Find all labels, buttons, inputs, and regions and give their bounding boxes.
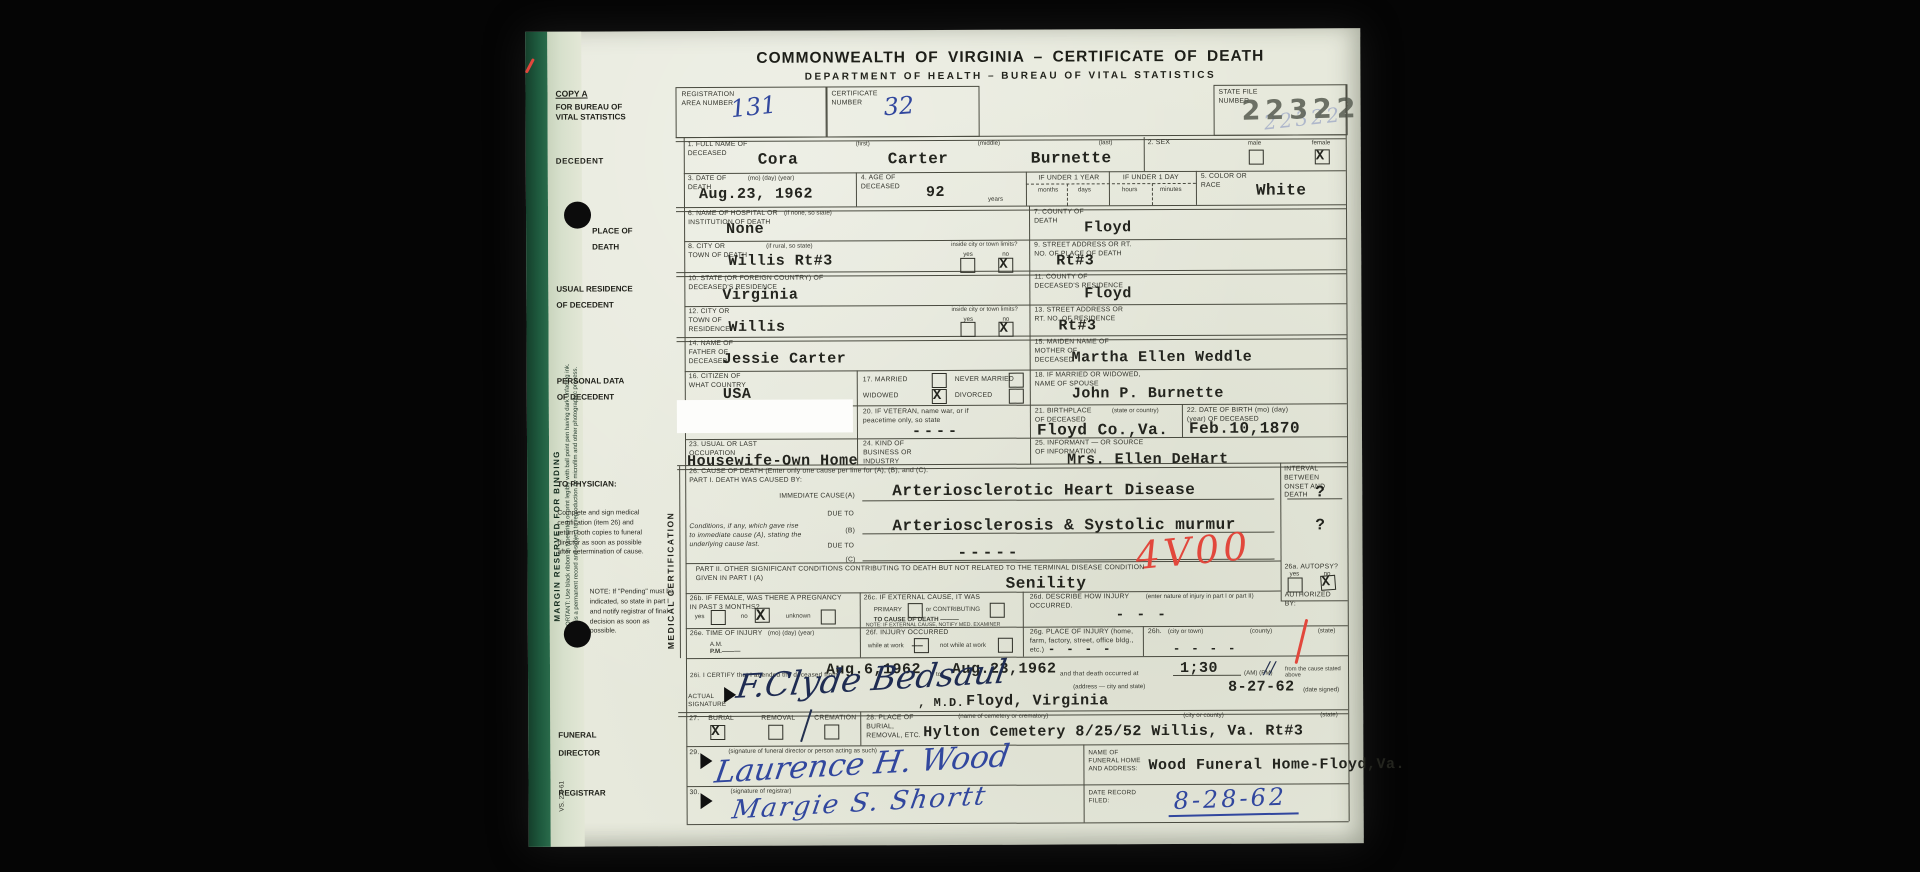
age-label: 4. AGE OF DECEASED	[861, 174, 911, 192]
removal-label: REMOVAL	[761, 715, 795, 724]
birthplace-value: Floyd Co.,Va.	[1037, 421, 1168, 440]
divorced-checkbox	[1009, 389, 1024, 404]
color-race-label: 5. COLOR OR RACE	[1201, 173, 1251, 191]
autopsy-yes-label: yes	[1290, 570, 1300, 577]
mark: X	[999, 321, 1007, 337]
under-year-months: months	[1038, 187, 1058, 194]
city-death-yes-checkbox	[960, 258, 975, 273]
copy-a-label: COPY A	[555, 89, 587, 99]
rule	[1143, 626, 1144, 656]
mark: ——	[912, 641, 923, 651]
sidebar-to-physician-body: Complete and sign medical certification …	[557, 508, 649, 558]
state-residence-value: Virginia	[722, 287, 798, 304]
rule	[686, 743, 1348, 747]
injury-notwhile-checkbox	[998, 638, 1013, 653]
color-race-value: White	[1256, 181, 1307, 199]
due-to-1-label: DUE TO	[827, 510, 854, 519]
middle-hint: (middle)	[978, 140, 1000, 147]
widowed-checkbox: X	[932, 389, 947, 404]
injury-time-hints: (mo) (day) (year)	[768, 630, 814, 637]
external-cause-label: 26c. IF EXTERNAL CAUSE, IT WAS	[864, 594, 1009, 603]
rule	[1196, 171, 1197, 205]
funeral-num: 29.	[689, 749, 699, 758]
age-value: 92	[926, 184, 945, 201]
signature-arrow-registrar	[701, 793, 713, 809]
cemetery-hint: (name of cemetery or crematory)	[958, 713, 1048, 720]
sidebar-note-body: NOTE: If "Pending" must be indicated, so…	[590, 587, 678, 637]
sex-female-checkbox: X	[1315, 149, 1330, 164]
sex-label: 2. SEX	[1148, 139, 1170, 148]
autopsy-no-checkbox: X	[1320, 575, 1336, 591]
injury-loc-value: - - - -	[1173, 642, 1237, 656]
registrar-num: 30.	[690, 789, 700, 798]
medical-certification-rule	[679, 466, 681, 658]
father-value: Jessie Carter	[723, 350, 847, 368]
city-residence-no-checkbox: X	[998, 322, 1013, 337]
injury-loc-city-hint: (city or town)	[1168, 628, 1203, 635]
sidebar-personal-data: PERSONAL DATA OF DECEDENT	[557, 373, 632, 405]
copy-for-label: FOR BUREAU OF	[556, 102, 623, 111]
external-primary-label: PRIMARY	[874, 606, 902, 613]
rule	[686, 655, 1348, 659]
mark: X	[711, 724, 719, 740]
last-name-value: Burnette	[1031, 149, 1112, 167]
hospital-hint: (if none, so state)	[784, 209, 832, 216]
rule	[1083, 744, 1084, 822]
informant-value: Mrs. Ellen DeHart	[1067, 451, 1229, 469]
place-burial-value: Hylton Cemetery 8/25/52 Willis, Va. Rt#3	[923, 722, 1303, 741]
certify-ampm-strike: //	[1264, 659, 1276, 679]
signature-arrow-funeral	[700, 753, 712, 769]
sex-male-label: male	[1248, 140, 1261, 147]
funeral-home-label: NAME OF FUNERAL HOME AND ADDRESS:	[1088, 749, 1146, 774]
certificate-number-label: CERTIFICATE NUMBER	[831, 90, 886, 108]
state-hint: (state)	[1320, 711, 1338, 718]
city-death-no-checkbox: X	[998, 258, 1013, 273]
rule	[1030, 336, 1032, 465]
funeral-home-value: Wood Funeral Home-Floyd,Va.	[1148, 756, 1405, 774]
rule	[1026, 172, 1027, 206]
date-filed-value: 8-28-62	[1173, 783, 1288, 815]
rule	[1067, 183, 1068, 205]
cause-b-tag: (B)	[845, 527, 855, 536]
mark: X	[1321, 574, 1331, 591]
certificate-subtitle: DEPARTMENT OF HEALTH – BUREAU OF VITAL S…	[675, 69, 1345, 83]
injury-loc-county-hint: (county)	[1250, 628, 1272, 635]
conditions-note: Conditions, if any, which gave rise to i…	[689, 523, 804, 550]
external-contributing-label: or CONTRIBUTING	[926, 606, 980, 613]
certify-date-signed: 8-27-62	[1228, 678, 1295, 695]
pregnancy-yes-checkbox	[711, 610, 726, 625]
pregnancy-no-label: no	[741, 613, 748, 620]
registration-area-value: 131	[729, 90, 778, 123]
business-label: 24. KIND OF BUSINESS OR INDUSTRY	[863, 440, 933, 467]
county-death-value: Floyd	[1084, 219, 1132, 236]
rule	[1023, 592, 1024, 657]
city-county-hint: (city or county)	[1183, 712, 1224, 719]
street-residence-value: Rt#3	[1058, 317, 1096, 334]
mark: X	[933, 388, 941, 404]
due-to-2-label: DUE TO	[827, 542, 854, 551]
injury-loc-num: 26h.	[1148, 628, 1162, 637]
certify-cause-stated-label: from the cause stated above	[1285, 666, 1343, 678]
city-death-value: Willis Rt#3	[728, 252, 833, 269]
spouse-value: John P. Burnette	[1072, 385, 1224, 403]
cremation-label: CREMATION	[814, 714, 856, 723]
street-death-value: Rt#3	[1056, 252, 1094, 269]
punch-hole-top	[564, 202, 591, 229]
last-hint: (last)	[1099, 139, 1113, 146]
city-residence-yes-checkbox	[960, 322, 975, 337]
city-death-hint: (if rural, so state)	[766, 243, 812, 250]
place-burial-label: 28. PLACE OF BURIAL, REMOVAL, ETC.	[866, 714, 926, 741]
dob-value: Feb.10,1870	[1189, 419, 1300, 437]
age-unit: years	[988, 196, 1003, 203]
cause-part1-label: PART I. DEATH WAS CAUSED BY:	[689, 476, 889, 486]
sidebar-decedent: DECEDENT	[556, 156, 604, 165]
interval-header: INTERVAL BETWEEN ONSET AND DEATH	[1284, 465, 1342, 501]
hospital-value: None	[726, 221, 764, 238]
sidebar-registrar: REGISTRAR	[559, 788, 606, 797]
cause-b-interval: ?	[1315, 516, 1325, 534]
death-certificate-document: MARGIN RESERVED FOR BINDING IMPORTANT: U…	[525, 28, 1364, 847]
cause-a-value: Arteriosclerotic Heart Disease	[892, 481, 1195, 500]
injury-time-label: 26e. TIME OF INJURY	[690, 630, 763, 639]
sidebar-place-of-death: PLACE OF DEATH	[592, 223, 652, 255]
never-married-label: NEVER MARRIED	[955, 376, 1014, 385]
injury-how-value: - - -	[1116, 607, 1168, 623]
copy-vs-label: VITAL STATISTICS	[556, 112, 626, 121]
sex-female-label: female	[1312, 139, 1331, 146]
injury-place-value: - - - -	[1048, 642, 1112, 656]
injury-how-hint: (enter nature of injury in part I or par…	[1146, 593, 1276, 601]
mark: X	[756, 607, 766, 625]
rule	[856, 172, 857, 206]
date-of-death-value: Aug.23, 1962	[699, 186, 813, 203]
pregnancy-unknown-checkbox	[821, 609, 836, 624]
rule	[860, 711, 861, 745]
birthplace-hint: (state or country)	[1112, 407, 1159, 414]
sidebar-to-physician-title: TO PHYSICIAN:	[557, 477, 627, 492]
certificate-number-value: 32	[883, 91, 916, 121]
autopsy-yes-checkbox	[1288, 577, 1303, 592]
certify-occurred-label: and that death occurred at	[1060, 670, 1139, 679]
part2-value: Senility	[1006, 574, 1087, 592]
cremation-checkbox	[824, 724, 839, 739]
injury-while-label: while at work	[868, 642, 904, 649]
mother-value: Martha Ellen Weddle	[1072, 349, 1253, 367]
burial-num: 27.	[689, 715, 699, 724]
state-file-number-stamp: 22322	[1241, 93, 1361, 127]
full-name-label: 1. FULL NAME OF DECEASED	[688, 141, 758, 159]
certify-date-signed-hint: (date signed)	[1303, 686, 1339, 693]
married-checkbox	[932, 373, 947, 388]
married-label: 17. MARRIED	[863, 376, 908, 385]
rule	[1109, 171, 1110, 205]
physician-md-label: , M.D.	[918, 696, 964, 710]
sex-male-checkbox	[1249, 150, 1264, 165]
autopsy-authorized-label: AUTHORIZED BY:	[1285, 591, 1340, 609]
burial-label: BURIAL	[708, 715, 734, 724]
under-year-label: IF UNDER 1 YEAR	[1034, 174, 1104, 183]
under-day-minutes: minutes	[1160, 186, 1182, 193]
actual-signature-label: ACTUAL SIGNATURE	[688, 693, 726, 710]
certificate-title: COMMONWEALTH OF VIRGINIA – CERTIFICATE O…	[675, 47, 1345, 68]
date-filed-label: DATE RECORD FILED:	[1089, 789, 1144, 806]
sidebar-usual-residence: USUAL RESIDENCE OF DECEDENT	[556, 281, 641, 313]
certify-address-hint: (address — city and state)	[1073, 683, 1145, 690]
part2-label: PART II. OTHER SIGNIFICANT CONDITIONS CO…	[696, 564, 1166, 584]
external-note-label: NOTE: IF EXTERNAL CAUSE, NOTIFY MED. EXA…	[866, 622, 1001, 629]
cause-c-tag: (C)	[846, 556, 856, 565]
removal-checkbox	[768, 725, 783, 740]
injury-occurred-label: 26f. INJURY OCCURRED	[866, 629, 949, 638]
injury-notwhile-label: not while at work	[940, 642, 986, 649]
redaction-box	[677, 399, 853, 433]
city-residence-value: Willis	[728, 319, 785, 336]
veteran-value: ----	[912, 423, 960, 440]
rule	[1182, 404, 1183, 437]
injury-while-checkbox: ——	[914, 638, 929, 653]
cause-a-tag: (A)	[845, 492, 855, 501]
physician-place-value: Floyd, Virginia	[966, 692, 1109, 710]
injury-loc-state-hint: (state)	[1318, 627, 1336, 634]
date-of-death-hints: (mo) (day) (year)	[748, 175, 794, 182]
city-residence-limits: inside city or town limits?	[951, 307, 1029, 313]
under-year-days: days	[1078, 186, 1091, 193]
county-residence-value: Floyd	[1084, 285, 1132, 302]
rule	[1173, 675, 1241, 676]
punch-hole-bottom	[564, 621, 591, 648]
pregnancy-unknown-label: unknown	[786, 613, 811, 620]
under-day-hours: hours	[1122, 186, 1138, 193]
first-hint: (first)	[856, 140, 870, 147]
city-death-limits: inside city or town limits?	[951, 242, 1029, 248]
divorced-label: DIVORCED	[955, 392, 993, 401]
widowed-label: WIDOWED	[863, 392, 899, 401]
pregnancy-yes-label: yes	[695, 613, 705, 620]
rule	[860, 592, 861, 657]
rule	[1152, 183, 1153, 205]
rule	[1280, 463, 1282, 601]
rule	[686, 625, 1348, 629]
never-married-checkbox	[1009, 373, 1024, 388]
middle-name-value: Carter	[888, 150, 949, 168]
burial-checkbox: X	[710, 725, 725, 740]
first-name-value: Cora	[758, 151, 798, 169]
injury-time-am: A.M.	[710, 641, 723, 648]
rule	[685, 368, 1347, 372]
under-day-label: IF UNDER 1 DAY	[1116, 174, 1186, 183]
injury-time-pm: P.M.———	[710, 648, 741, 655]
sidebar-funeral-director: FUNERAL DIRECTOR	[558, 726, 618, 761]
pregnancy-no-checkbox: X	[755, 608, 770, 623]
sex-female-mark: X	[1316, 148, 1324, 164]
external-contributing-checkbox	[990, 603, 1005, 618]
rule	[1144, 137, 1145, 171]
sidebar-medical-certification: MEDICAL CERTIFICATION	[665, 469, 676, 649]
rule	[857, 370, 858, 465]
city-death-yes: yes	[963, 251, 973, 258]
immediate-cause-label: IMMEDIATE CAUSE	[779, 492, 845, 501]
mark: X	[999, 257, 1007, 273]
